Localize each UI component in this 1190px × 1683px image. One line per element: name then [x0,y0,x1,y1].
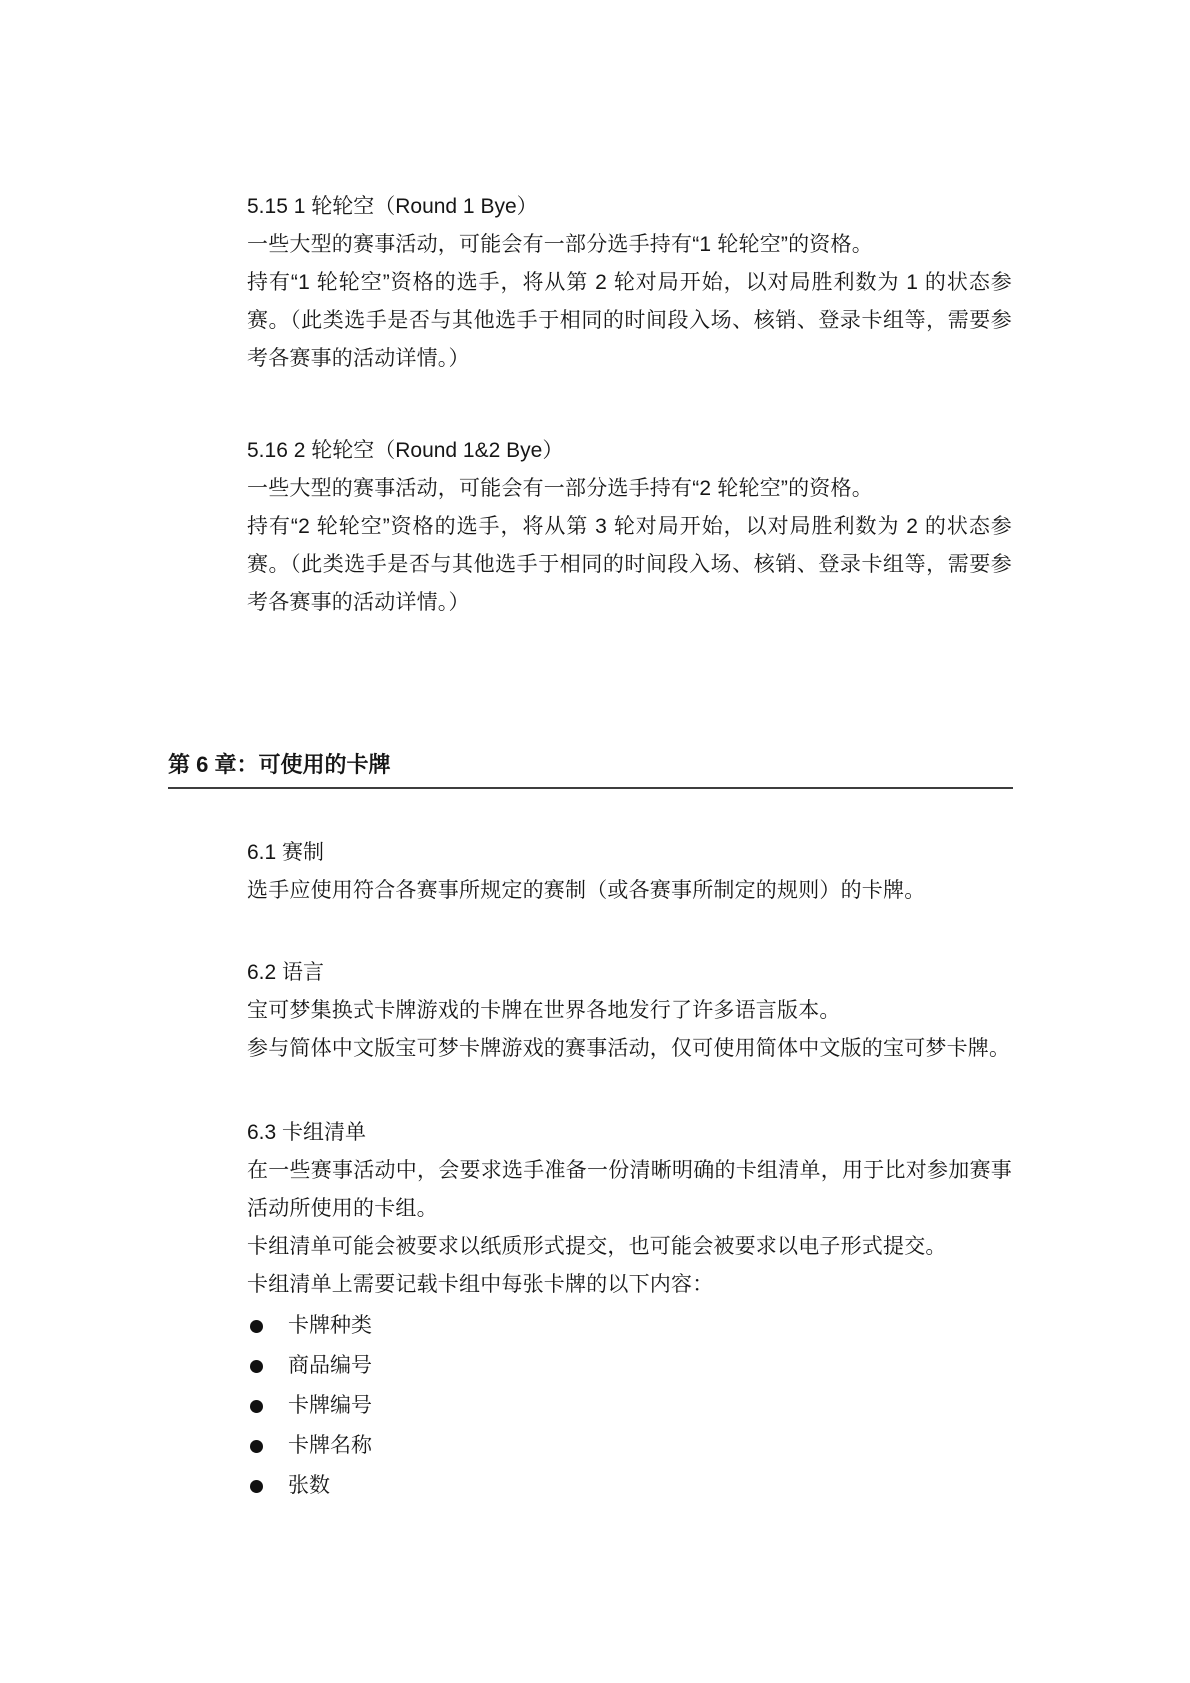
section-6-2: 6.2 语言 宝可梦集换式卡牌游戏的卡牌在世界各地发行了许多语言版本。 参与简体… [247,954,1012,1068]
bullet-icon [250,1320,263,1333]
section-6-3: 6.3 卡组清单 在一些赛事活动中，会要求选手准备一份清晰明确的卡组清单，用于比… [247,1114,1012,1506]
bullet-icon [250,1360,263,1373]
list-item: 卡牌编号 [247,1386,1012,1426]
section-6-1: 6.1 赛制 选手应使用符合各赛事所规定的赛制（或各赛事所制定的规则）的卡牌。 [247,834,1012,910]
paragraph: 卡组清单上需要记载卡组中每张卡牌的以下内容： [247,1266,1012,1304]
section-heading-6-2: 6.2 语言 [247,954,1012,992]
paragraph: 在一些赛事活动中，会要求选手准备一份清晰明确的卡组清单，用于比对参加赛事活动所使… [247,1152,1012,1228]
section-heading-6-1: 6.1 赛制 [247,834,1012,872]
document-page: 5.15 1 轮轮空（Round 1 Bye） 一些大型的赛事活动，可能会有一部… [0,0,1190,1683]
section-heading-5-15: 5.15 1 轮轮空（Round 1 Bye） [247,188,1012,226]
section-heading-5-16: 5.16 2 轮轮空（Round 1&2 Bye） [247,432,1012,470]
list-item-label: 卡牌编号 [288,1387,372,1425]
chapter-heading: 第 6 章：可使用的卡牌 [168,746,1013,789]
paragraph: 宝可梦集换式卡牌游戏的卡牌在世界各地发行了许多语言版本。 [247,992,1012,1030]
section-5-15: 5.15 1 轮轮空（Round 1 Bye） 一些大型的赛事活动，可能会有一部… [247,188,1012,378]
paragraph: 卡组清单可能会被要求以纸质形式提交，也可能会被要求以电子形式提交。 [247,1228,1012,1266]
bullet-icon [250,1440,263,1453]
list-item-label: 商品编号 [288,1347,372,1385]
list-item: 张数 [247,1466,1012,1506]
paragraph: 持有“2 轮轮空”资格的选手，将从第 3 轮对局开始，以对局胜利数为 2 的状态… [247,508,1012,622]
list-item-label: 卡牌名称 [288,1427,372,1465]
section-heading-6-3: 6.3 卡组清单 [247,1114,1012,1152]
list-item: 卡牌种类 [247,1306,1012,1346]
paragraph: 选手应使用符合各赛事所规定的赛制（或各赛事所制定的规则）的卡牌。 [247,872,1012,910]
list-item-label: 卡牌种类 [288,1307,372,1345]
list-item-label: 张数 [288,1467,330,1505]
paragraph: 持有“1 轮轮空”资格的选手，将从第 2 轮对局开始，以对局胜利数为 1 的状态… [247,264,1012,378]
bullet-icon [250,1480,263,1493]
bullet-icon [250,1400,263,1413]
paragraph: 参与简体中文版宝可梦卡牌游戏的赛事活动，仅可使用简体中文版的宝可梦卡牌。 [247,1030,1012,1068]
list-item: 商品编号 [247,1346,1012,1386]
paragraph: 一些大型的赛事活动，可能会有一部分选手持有“2 轮轮空”的资格。 [247,470,1012,508]
paragraph: 一些大型的赛事活动，可能会有一部分选手持有“1 轮轮空”的资格。 [247,226,1012,264]
section-5-16: 5.16 2 轮轮空（Round 1&2 Bye） 一些大型的赛事活动，可能会有… [247,432,1012,622]
list-item: 卡牌名称 [247,1426,1012,1466]
decklist-required-items: 卡牌种类 商品编号 卡牌编号 卡牌名称 张数 [247,1306,1012,1506]
